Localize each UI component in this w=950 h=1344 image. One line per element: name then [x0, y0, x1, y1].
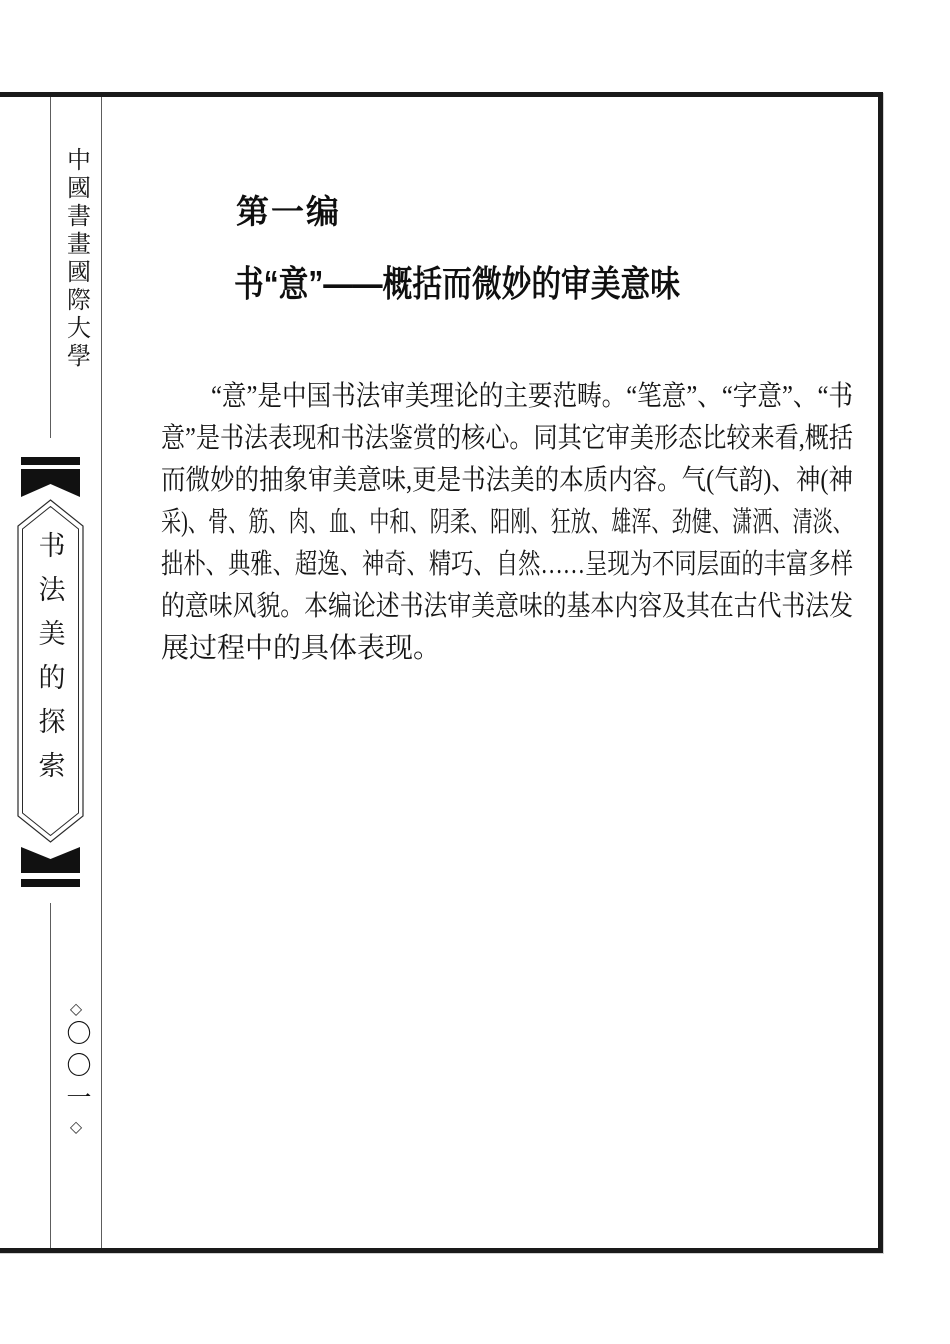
chapter-title-block: 书“意”——概括而微妙的审美意味	[234, 256, 680, 302]
chapter-title: 书“意”——概括而微妙的审美意味	[234, 256, 680, 307]
body-line: 展过程中的具体表现。	[161, 628, 853, 670]
page-number-digits: 〇〇一	[58, 1020, 94, 1116]
diamond-ornament-icon: ◇	[70, 1000, 82, 1018]
institution-name: 中國書畫國際大學	[59, 147, 94, 371]
diamond-ornament-icon: ◇	[70, 1118, 82, 1136]
body-line: 而微妙的抽象审美意味,更是书法美的本质内容。气(气韵)、神(神	[161, 460, 853, 502]
institution-name-block: 中國書畫國際大學	[50, 147, 102, 371]
body-line: 拙朴、典雅、超逸、神奇、精巧、自然……呈现为不同层面的丰富多样	[161, 544, 853, 586]
body-line: 采)、骨、筋、肉、血、中和、阴柔、阳刚、狂放、雄浑、劲健、潇洒、清淡、	[161, 502, 853, 544]
body-line: 意”是书法表现和书法鉴赏的核心。同其它审美形态比较来看,概括	[161, 418, 853, 460]
body-paragraph: “意”是中国书法审美理论的主要范畴。“笔意”、“字意”、“书 意”是书法表现和书…	[161, 376, 853, 670]
book-page: 中國書畫國際大學 书法美的探索 ◇ 〇〇一 ◇ 第一编 书“意”——概括而微妙的…	[0, 0, 950, 1344]
body-line: “意”是中国书法审美理论的主要范畴。“笔意”、“字意”、“书	[161, 376, 853, 418]
book-title: 书法美的探索	[31, 531, 70, 795]
part-label: 第一编	[236, 186, 341, 233]
spine-ribbon: 书法美的探索	[13, 445, 87, 893]
body-line: 的意味风貌。本编论述书法审美意味的基本内容及其在古代书法发	[161, 586, 853, 628]
book-title-block: 书法美的探索	[13, 531, 87, 795]
page-number: ◇ 〇〇一 ◇	[50, 1000, 102, 1136]
